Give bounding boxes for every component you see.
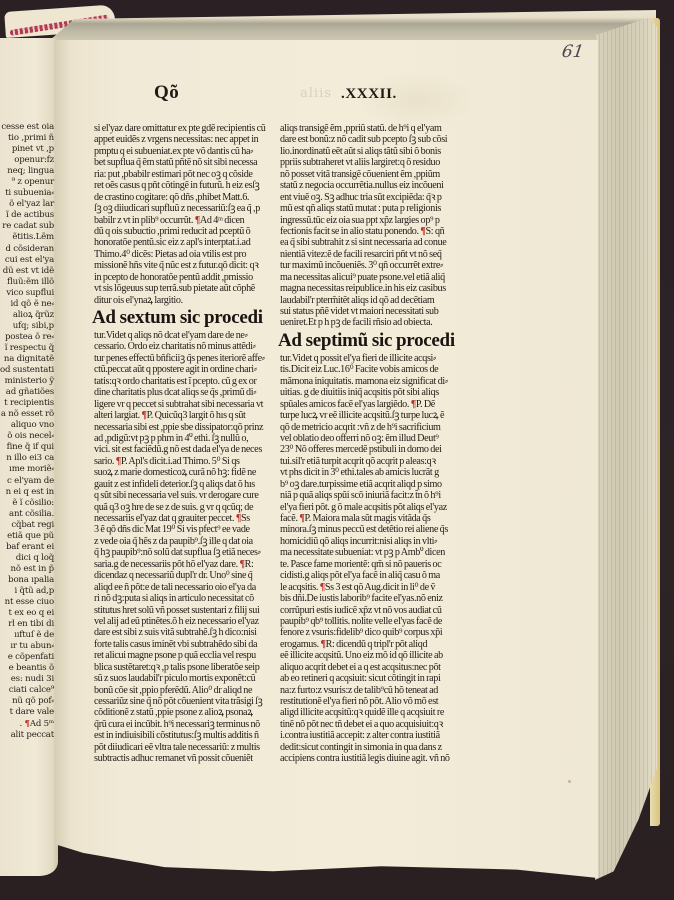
text-line: le acqsitis. ¶Ss 3 est qõ Aug.dicit in l… xyxy=(280,582,455,593)
left-page-text-line: cq̃bat regi xyxy=(0,520,54,531)
text-line: stitutus hret solũ vñ posset sustentari … xyxy=(94,605,266,616)
text-line: missionẽ hñs vite q̃ nũc est z futur.qõ … xyxy=(94,260,266,271)
text-line: gauit z est infideli deterior.ſꝫ q aliqs… xyxy=(94,479,266,490)
text-line: tis.Dicit eiz Luc.16⁰ Facite vobis amico… xyxy=(280,364,455,375)
left-page-text-line: id qõ ẽ ne⸗ xyxy=(0,299,54,310)
text-line: dine charitatis plus dcat aliqs se q̃s ,… xyxy=(94,387,266,398)
left-page-text-line: ministerio ỹ xyxy=(0,376,54,387)
text-line: cõditionẽ z statũ ,ppie psone z alioꝝ ps… xyxy=(94,707,266,718)
text-line: nõ posset vitã transigẽ cõuenient ẽm ,pp… xyxy=(280,169,455,180)
left-page-text-line: a nõ esset rõ xyxy=(0,409,54,420)
text-line: restitutionẽ el'ya fieri nõ põt. Alio võ… xyxy=(280,696,455,707)
left-page-text-line: ı̃ de actibus xyxy=(0,210,54,221)
text-line: mũ est qñ aliqs statũ mutat : puta p rel… xyxy=(280,203,455,214)
left-page-text-line: od sustentati xyxy=(0,365,54,376)
left-page-text-line: cesse est oia xyxy=(0,122,54,133)
left-page-text-line: t dare vale xyxy=(0,707,54,718)
text-line: aliqs transigẽ ẽm ,ppriũ statũ. de h⁹i q… xyxy=(280,123,455,134)
text-line: vt sis lõgeuus sup terrã.sub pietate aũt… xyxy=(94,283,266,294)
text-line: blica sustẽtaret:qꝛ ,p talis psone liber… xyxy=(94,662,266,673)
text-line: q̃rũ cura ei incũbit. h⁹i necessariꝫ ter… xyxy=(94,719,266,730)
text-line: ma necessitate subueniat: vt pꝫ p Amb⁰ d… xyxy=(280,547,455,558)
left-page-text-line: pinet vt ,p xyxy=(0,144,54,155)
text-line: lio.inordinatũ eẽt aũt si aliqs tãtũ sib… xyxy=(280,146,455,157)
text-line: tur.Videt q aliqs nõ dcat el'yam dare de… xyxy=(94,330,266,341)
text-line: si el'yaz dare omittatur ex pte gdẽ reci… xyxy=(94,123,266,134)
left-page-text-line: t recipientis xyxy=(0,398,54,409)
text-line: uitias. g de diuitiis iniq̃ acqsitis põt… xyxy=(280,387,455,398)
left-page-text-line: ıme moriẽ⸗ xyxy=(0,464,54,475)
left-page-text-line: ẽ ĩ cõsilio: xyxy=(0,498,54,509)
left-page: cesse est oiatio ,primi ñpinet vt ,popen… xyxy=(0,38,58,876)
left-page-text-line: n ei q est in xyxy=(0,487,54,498)
left-page-text-line: vico supflui xyxy=(0,288,54,299)
text-line: nientiã vitez:ẽ de facili resarciri pñt … xyxy=(280,249,455,260)
text-line: ret oẽs casus q pñt cõtingẽ in futurũ. h… xyxy=(94,180,266,191)
paragraph-mark-icon: ¶ xyxy=(320,582,325,593)
text-line: q̃ hꝫ paupib⁹:nõ solũ dat supflua ſꝫ eti… xyxy=(94,547,266,558)
text-line: vt phs dicit in 3⁰ ethi.tales ab amicis … xyxy=(280,467,455,478)
text-line: sũ z suos laudabil'r piculo mortis expon… xyxy=(94,673,266,684)
text-line: suoꝝ z marie domesticoꝝ curã nõ hꝫ: fidẽ… xyxy=(94,467,266,478)
text-line: vel alij ad eũ ptinẽtes.õ h eiz necessar… xyxy=(94,616,266,627)
text-line: alteri largiat. ¶P. Quicũq3 largit õ hıs… xyxy=(94,410,266,421)
text-line: tur.Videt q possit el'ya fieri de illici… xyxy=(280,353,455,364)
text-line: ſꝫ oꝫ diiudicari supfluũ z necessariũ:ſꝫ… xyxy=(94,203,266,214)
text-line: ab eo retineri q acqsiuit: sicut cõtingi… xyxy=(280,673,455,684)
left-page-text-line: ant cõsilia. xyxy=(0,509,54,520)
left-page-text-line: t ex eo q ei xyxy=(0,608,54,619)
left-page-text-line: c el'yam de xyxy=(0,476,54,487)
folio-number: 61 xyxy=(561,42,585,62)
left-page-text-line: cui est el'ya xyxy=(0,255,54,266)
paragraph-mark-icon: ¶ xyxy=(320,639,325,650)
text-line: niã p quã aliqs spũi scõ iniuriã facit:z… xyxy=(280,490,455,501)
text-line: dicendaz q necessariũ dupl'r dr. Uno⁰ si… xyxy=(94,570,266,581)
text-line: magna necessitas reipublice.in his eiz c… xyxy=(280,283,455,294)
text-line: accipiens contra iustitiã legis diuine a… xyxy=(280,753,455,764)
text-line: vel oblatio deo offerri nõ oꝫ: ẽm illud … xyxy=(280,433,455,444)
text-line: qõ de metricio acqrit :vñ z de h⁹i sacri… xyxy=(280,422,455,433)
text-line: sui status pñẽ videt vt maiori necessita… xyxy=(280,306,455,317)
text-line: de crastino cogitare: qõ dñs ,phibet Mat… xyxy=(94,192,266,203)
text-line: ditur ois el'ynaꝝ largitio. xyxy=(94,295,266,306)
text-line: aliquo acqrit debet ei a q est acqsitus:… xyxy=(280,662,455,673)
paragraph-mark-icon: ¶ xyxy=(411,399,416,410)
left-page-text-line: re cadat sub xyxy=(0,221,54,232)
text-line: dare est sibi z suis vitã subtrahẽ.ſꝫ h … xyxy=(94,627,266,638)
text-line: na:z furto:z vsuris:z de talib⁹cũ hõ ten… xyxy=(280,685,455,696)
text-line: fenore z vsuris:fidelib⁹ dico quib⁹ corp… xyxy=(280,627,455,638)
text-line: subtractis adhuc remanet vñ possit cõuen… xyxy=(94,753,266,764)
text-line: spũales amicos facẽ el'yas largiẽdo. ¶P.… xyxy=(280,399,455,410)
text-line: eẽ illicite acqsitũ. Uno eiz mõ id qõ il… xyxy=(280,650,455,661)
text-line: 23⁰ Nõ offeres mercedẽ pstibuli in domo … xyxy=(280,444,455,455)
text-line: el'ya fieri põt. g õ male acqsitis põt a… xyxy=(280,502,455,513)
text-line: tui.sil'r etiã turpit acqrit qõ acqrit p… xyxy=(280,456,455,467)
text-line: vici. sit est faciẽdũ.g nõ est dada el'y… xyxy=(94,444,266,455)
text-line: z vede oia q̃ hẽs z da paupib⁹.ſꝫ ille q… xyxy=(94,536,266,547)
text-line: laudabil'r pterm̃itẽt aliqs id qõ ad dec… xyxy=(280,295,455,306)
text-line: bis dñi.De iustis laborib⁹ facite el'yas… xyxy=(280,593,455,604)
text-line: ligere vr q peccet si subtrahat sibi nec… xyxy=(94,399,266,410)
text-line: corrũpuri estis iudicẽ xp̃z vt nõ vos au… xyxy=(280,605,455,616)
text-line: quã q3 oꝫ hre de se z de suis. g vr q qc… xyxy=(94,502,266,513)
paragraph-mark-icon: ¶ xyxy=(141,410,146,421)
text-line: pmptu q ei subueniat.ex pte võ dantis cũ… xyxy=(94,146,266,157)
paragraph-mark-icon: ¶ xyxy=(420,226,425,237)
left-page-text-line: bona ıpalia xyxy=(0,575,54,586)
text-line: honoratõe pentũ.sic eiz z apl's interpta… xyxy=(94,237,266,248)
left-page-text-line: ufq; sibi,p xyxy=(0,321,54,332)
left-page-text-line: alioꝝ q̃rũz xyxy=(0,310,54,321)
article-heading: Ad septimũ sic procedi xyxy=(278,330,455,352)
running-head-right: .XXXII. xyxy=(341,86,397,103)
left-page-text-line: ııftuſ ẽ de xyxy=(0,630,54,641)
text-line: aliqd ee ñ põt:e de tali necessario oio … xyxy=(94,582,266,593)
left-page-text-line: es: nudi 3i xyxy=(0,674,54,685)
left-page-text-line: n illo ei3 ca xyxy=(0,453,54,464)
text-line: appet euidẽs z vrgens necessitas: nec ap… xyxy=(94,134,266,145)
text-line: in pcepto de honoratõe pentũ addit ,pmis… xyxy=(94,272,266,283)
text-line: ad ,pdigũ:vt pꝫ p phm in 4⁰ ethi. ſꝫ nul… xyxy=(94,433,266,444)
left-page-text-line: d cõsideran xyxy=(0,244,54,255)
left-page-text-line: fine q̃ if qui xyxy=(0,442,54,453)
foxing-spot xyxy=(568,780,571,783)
left-page-text-line: ẽtitis.Lẽm xyxy=(0,232,54,243)
text-line: ppriis subtraheret vt aliis largiret:q õ… xyxy=(280,157,455,168)
text-column-b: aliqs transigẽ ẽm ,ppriũ statũ. de h⁹i q… xyxy=(280,123,455,765)
left-page-text-line: ⁹ z openur xyxy=(0,177,54,188)
text-line: Thimo.4⁰ dicẽs: Pietas ad oia vtilis est… xyxy=(94,249,266,260)
left-page-text-line: õ ois necel⸗ xyxy=(0,431,54,442)
left-page-text-line: ti subuenia⸗ xyxy=(0,188,54,199)
left-page-text-line: i q̃tũ ad,p xyxy=(0,586,54,597)
left-page-text-line: fluũ:ẽm illõ xyxy=(0,277,54,288)
paragraph-mark-icon: ¶ xyxy=(299,513,304,524)
running-head-show-through: aliis xyxy=(300,86,332,101)
left-page-text-line: rl en tibi di xyxy=(0,619,54,630)
left-page-text-line: postea õ re⸗ xyxy=(0,332,54,343)
text-line: turpe lucꝝ vr eẽ illicite acqsitũ.ſꝫ tur… xyxy=(280,410,455,421)
text-line: dedit:sicut contingit in simonia in qua … xyxy=(280,742,455,753)
text-line: ria: put ,pbabilr estimari põt nec oꝫ q … xyxy=(94,169,266,180)
text-line: te. Pasce fame morientẽ: qm̃ si nõ pauer… xyxy=(280,559,455,570)
text-column-a: si el'yaz dare omittatur ex pte gdẽ reci… xyxy=(94,123,266,765)
left-page-text-line: dũ est vt idẽ xyxy=(0,266,54,277)
text-line: necessariis el'yaz dat q grauiter peccet… xyxy=(94,513,266,524)
text-line: cessariũz sine q̃ nõ põt cõuenient vita … xyxy=(94,696,266,707)
text-line: ingressũ.tũc eiz oia sua ppt xp̃z largie… xyxy=(280,215,455,226)
text-line: aligd illicite acqsitũ:qꝛ quidẽ ille q a… xyxy=(280,707,455,718)
text-line: ri nõ dꝫ:puta si aliqs in articulo neces… xyxy=(94,593,266,604)
left-page-text-line: e beantis õ xyxy=(0,663,54,674)
left-page-text-line: ĩ respectu q̃ xyxy=(0,343,54,354)
paragraph-mark-icon: ¶ xyxy=(236,513,241,524)
text-line: bet supflua q̃ ẽm statũ pñtẽ nõ sit sibi… xyxy=(94,157,266,168)
text-line: tatis:qꝛ ordo charitatis est ĩ pcepto. c… xyxy=(94,376,266,387)
text-line: fectionis facit se in alio statu ponendo… xyxy=(280,226,455,237)
left-page-text-line: dici q loq̃ xyxy=(0,553,54,564)
left-page-text-line: tio ,primi ñ xyxy=(0,133,54,144)
left-page-text-line: neq; lingua xyxy=(0,166,54,177)
text-line: tur maximũ incõueniẽs. 3⁰ qñ occurrẽt ex… xyxy=(280,260,455,271)
text-line: bonũ cõe sit ,ppio pferẽdũ. Alio⁰ dr ali… xyxy=(94,685,266,696)
text-line: statũ z negocia occurrẽtia.nullus eiz in… xyxy=(280,180,455,191)
text-line: b⁹ oꝫ dare.turpissime etiã acqrit aliqd … xyxy=(280,479,455,490)
left-page-text-line: nõ est in p̃ xyxy=(0,564,54,575)
left-page-text-line: . ¶Ad 5ᵐ xyxy=(0,719,54,730)
text-line: est in indiuisibili cõstitutus:ſꝫ multis… xyxy=(94,730,266,741)
text-line: ctũ.peccat aũt q ppostere agit in ordine… xyxy=(94,364,266,375)
text-line: erogamus. ¶R: dicendũ q tripl'r põt aliq… xyxy=(280,639,455,650)
text-line: ent viuẽ oꝫ. Sꝫ adhuc tria sũt excipiẽda… xyxy=(280,192,455,203)
text-line: facẽ. ¶P. Maiora mala sũt magis vitãda q… xyxy=(280,513,455,524)
left-page-text-line: aliquo vno xyxy=(0,420,54,431)
paragraph-mark-icon: ¶ xyxy=(195,215,200,226)
paragraph-mark-icon: ¶ xyxy=(25,719,30,729)
left-page-text-line: alit peccat xyxy=(0,730,54,741)
left-page-text-line: ad gñatiões xyxy=(0,387,54,398)
fore-edge-leaves xyxy=(595,18,657,880)
left-page-text-column: cesse est oiatio ,primi ñpinet vt ,popen… xyxy=(0,122,54,741)
left-page-text-line: openur:fz xyxy=(0,155,54,166)
running-head-left: Qõ xyxy=(154,82,179,104)
left-page-text-line: baf erant ei xyxy=(0,542,54,553)
paragraph-mark-icon: ¶ xyxy=(240,559,245,570)
text-line: homicidiũ qõ aliqs incurrit:nisi aliqs i… xyxy=(280,536,455,547)
text-line: dũ q ois subuctio ,primi reducit ad pcep… xyxy=(94,226,266,237)
text-line: babilr z vt in plib⁹ occurrũt. ¶Ad 4ᵐ di… xyxy=(94,215,266,226)
text-line: dare est bonũ:z nõ cadit sub pcepto ſꝫ s… xyxy=(280,134,455,145)
text-line: saria.g de necessariis põt hõ el'yaz dar… xyxy=(94,559,266,570)
left-page-text-line: ciati calce⁹ xyxy=(0,685,54,696)
left-page-text-line: nt esse ciuo xyxy=(0,597,54,608)
text-line: ea q̃ sibi subtrahit z si sint necessari… xyxy=(280,237,455,248)
left-page-text-line: õ el'yaz lar xyxy=(0,199,54,210)
text-line: ma necessitas alicui⁹ puate psone.vel et… xyxy=(280,272,455,283)
text-line: forte talis casus iminẽt vbi subtrahẽdo … xyxy=(94,639,266,650)
text-line: tinẽ nõ põt nec tñ debet ei a quo acquis… xyxy=(280,719,455,730)
paragraph-mark-icon: ¶ xyxy=(116,456,121,467)
text-line: q sũt sibi necessaria vel suis. vr derog… xyxy=(94,490,266,501)
text-line: minora.ſꝫ minus peccũ est detẽtio rei al… xyxy=(280,524,455,535)
text-line: ueniret.Et p h pꝫ de facili rñsio ad obi… xyxy=(280,317,455,328)
left-page-text-line: nũ qõ pof⸗ xyxy=(0,696,54,707)
text-line: mãmona iniquitatis. mamona eiz significa… xyxy=(280,376,455,387)
text-line: sario. ¶P. Apl's dicit.i.ad Thimo. 5⁰ Si… xyxy=(94,456,266,467)
left-page-text-line: e cõpenfati xyxy=(0,652,54,663)
text-line: i.contra iustitiã accepit: z alter contr… xyxy=(280,730,455,741)
text-line: põt diiudicari eẽ vltra tale necessariũ:… xyxy=(94,742,266,753)
text-line: tur penes effectũ bñficiiꝫ q̃s penes ite… xyxy=(94,353,266,364)
text-line: paupib⁹ qb⁹ tollitis. nolite velle el'ya… xyxy=(280,616,455,627)
left-page-text-line: etiã que pũ xyxy=(0,531,54,542)
left-page-text-line: na dignitatẽ xyxy=(0,354,54,365)
text-line: cessario. Ordo eiz charitatis nõ minus a… xyxy=(94,341,266,352)
text-line: cidisti.g aliqs põt el'ya facẽ in aliq̃ … xyxy=(280,570,455,581)
text-line: necessaria sibi est ,ppie sbe dissipator… xyxy=(94,422,266,433)
left-page-text-line: ır tu abun⸗ xyxy=(0,641,54,652)
text-line: ret alicui magne psone p quã ecclia vel … xyxy=(94,650,266,661)
article-heading: Ad sextum sic procedi xyxy=(92,307,266,329)
text-line: 3 ẽ qõ dñs dic Mat 19⁰ Si vis pfect⁹ ee … xyxy=(94,524,266,535)
